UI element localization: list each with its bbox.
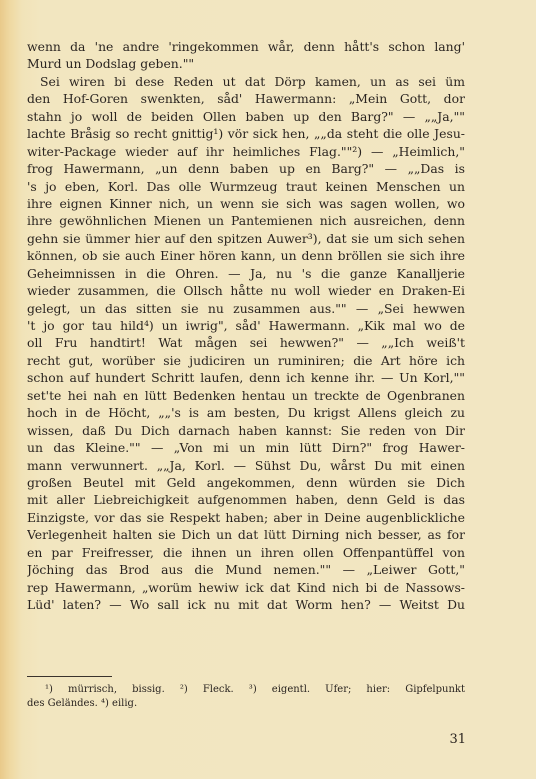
text-line: rep Hawermann, „worüm hewiw ick dat Kind… [27, 579, 465, 596]
book-page: wenn da 'ne andre 'ringekommen wår, denn… [0, 0, 536, 779]
text-line: Jöching das Brod aus die Mund nemen."" —… [27, 561, 465, 578]
text-line: Murd un Dodslag geben."" [27, 55, 465, 72]
text-line: oll Fru handtirt! Wat mågen sei hewwen?"… [27, 334, 465, 351]
body-text: wenn da 'ne andre 'ringekommen wår, denn… [27, 38, 465, 613]
text-line: Lüd' laten? — Wo sall ick nu mit dat Wor… [27, 596, 465, 613]
text-line-paragraph-start: Sei wiren bi dese Reden ut dat Dörp kame… [27, 73, 465, 90]
text-line: 't jo gor tau hild⁴) un iwrig", såd' Haw… [27, 317, 465, 334]
text-line: gehn sie ümmer hier auf den spitzen Auwe… [27, 230, 465, 247]
text-line: können, ob sie auch Einer hören kann, un… [27, 247, 465, 264]
text-line: Verlegenheit halten sie Dich un dat lütt… [27, 526, 465, 543]
text-line: den Hof-Goren swenkten, såd' Hawermann: … [27, 90, 465, 107]
text-line: wieder zusammen, die Ollsch håtte nu wol… [27, 282, 465, 299]
text-line: wenn da 'ne andre 'ringekommen wår, denn… [27, 38, 465, 55]
text-line: schon auf hundert Schritt laufen, denn i… [27, 369, 465, 386]
footnote-line: ¹) mürrisch, bissig. ²) Fleck. ³) eigent… [27, 683, 465, 697]
text-line: frog Hawermann, „un denn baben up en Bar… [27, 160, 465, 177]
text-line: ihre gewöhnlichen Mienen un Pantemienen … [27, 212, 465, 229]
text-line: en par Freifresser, die ihnen un ihren o… [27, 544, 465, 561]
text-line: stahn jo woll de beiden Ollen baben up d… [27, 108, 465, 125]
text-line: gelegt, un das sitten sie nu zusammen au… [27, 300, 465, 317]
text-line: 's jo eben, Korl. Das olle Wurmzeug trau… [27, 178, 465, 195]
text-line: ihre eignen Kinner nich, un wenn sie sic… [27, 195, 465, 212]
text-line: mann verwunnert. „„Ja, Korl. — Sühst Du,… [27, 457, 465, 474]
footnote-divider [27, 676, 112, 677]
text-line: Geheimnissen in die Ohren. — Ja, nu 's d… [27, 265, 465, 282]
text-line: großen Beutel mit Geld angekommen, denn … [27, 474, 465, 491]
text-line: wissen, daß Du Dich darnach haben kannst… [27, 422, 465, 439]
page-number: 31 [444, 732, 466, 747]
text-line: witer-Package wieder auf ihr heimliches … [27, 143, 465, 160]
footnote-line: des Geländes. ⁴) eilig. [27, 697, 465, 711]
text-line: recht gut, worüber sie judiciren un rumi… [27, 352, 465, 369]
footnotes: ¹) mürrisch, bissig. ²) Fleck. ³) eigent… [27, 683, 465, 711]
text-line: Einzigste, vor das sie Respekt haben; ab… [27, 509, 465, 526]
text-line: lachte Bråsig so recht gnittig¹) vör sic… [27, 125, 465, 142]
text-line: mit aller Liebreichigkeit aufgenommen ha… [27, 491, 465, 508]
text-line: un das Kleine."" — „Von mi un min lütt D… [27, 439, 465, 456]
text-line: hoch in de Höcht, „„'s is am besten, Du … [27, 404, 465, 421]
text-line: set'te hei nah en lütt Bedenken hentau u… [27, 387, 465, 404]
